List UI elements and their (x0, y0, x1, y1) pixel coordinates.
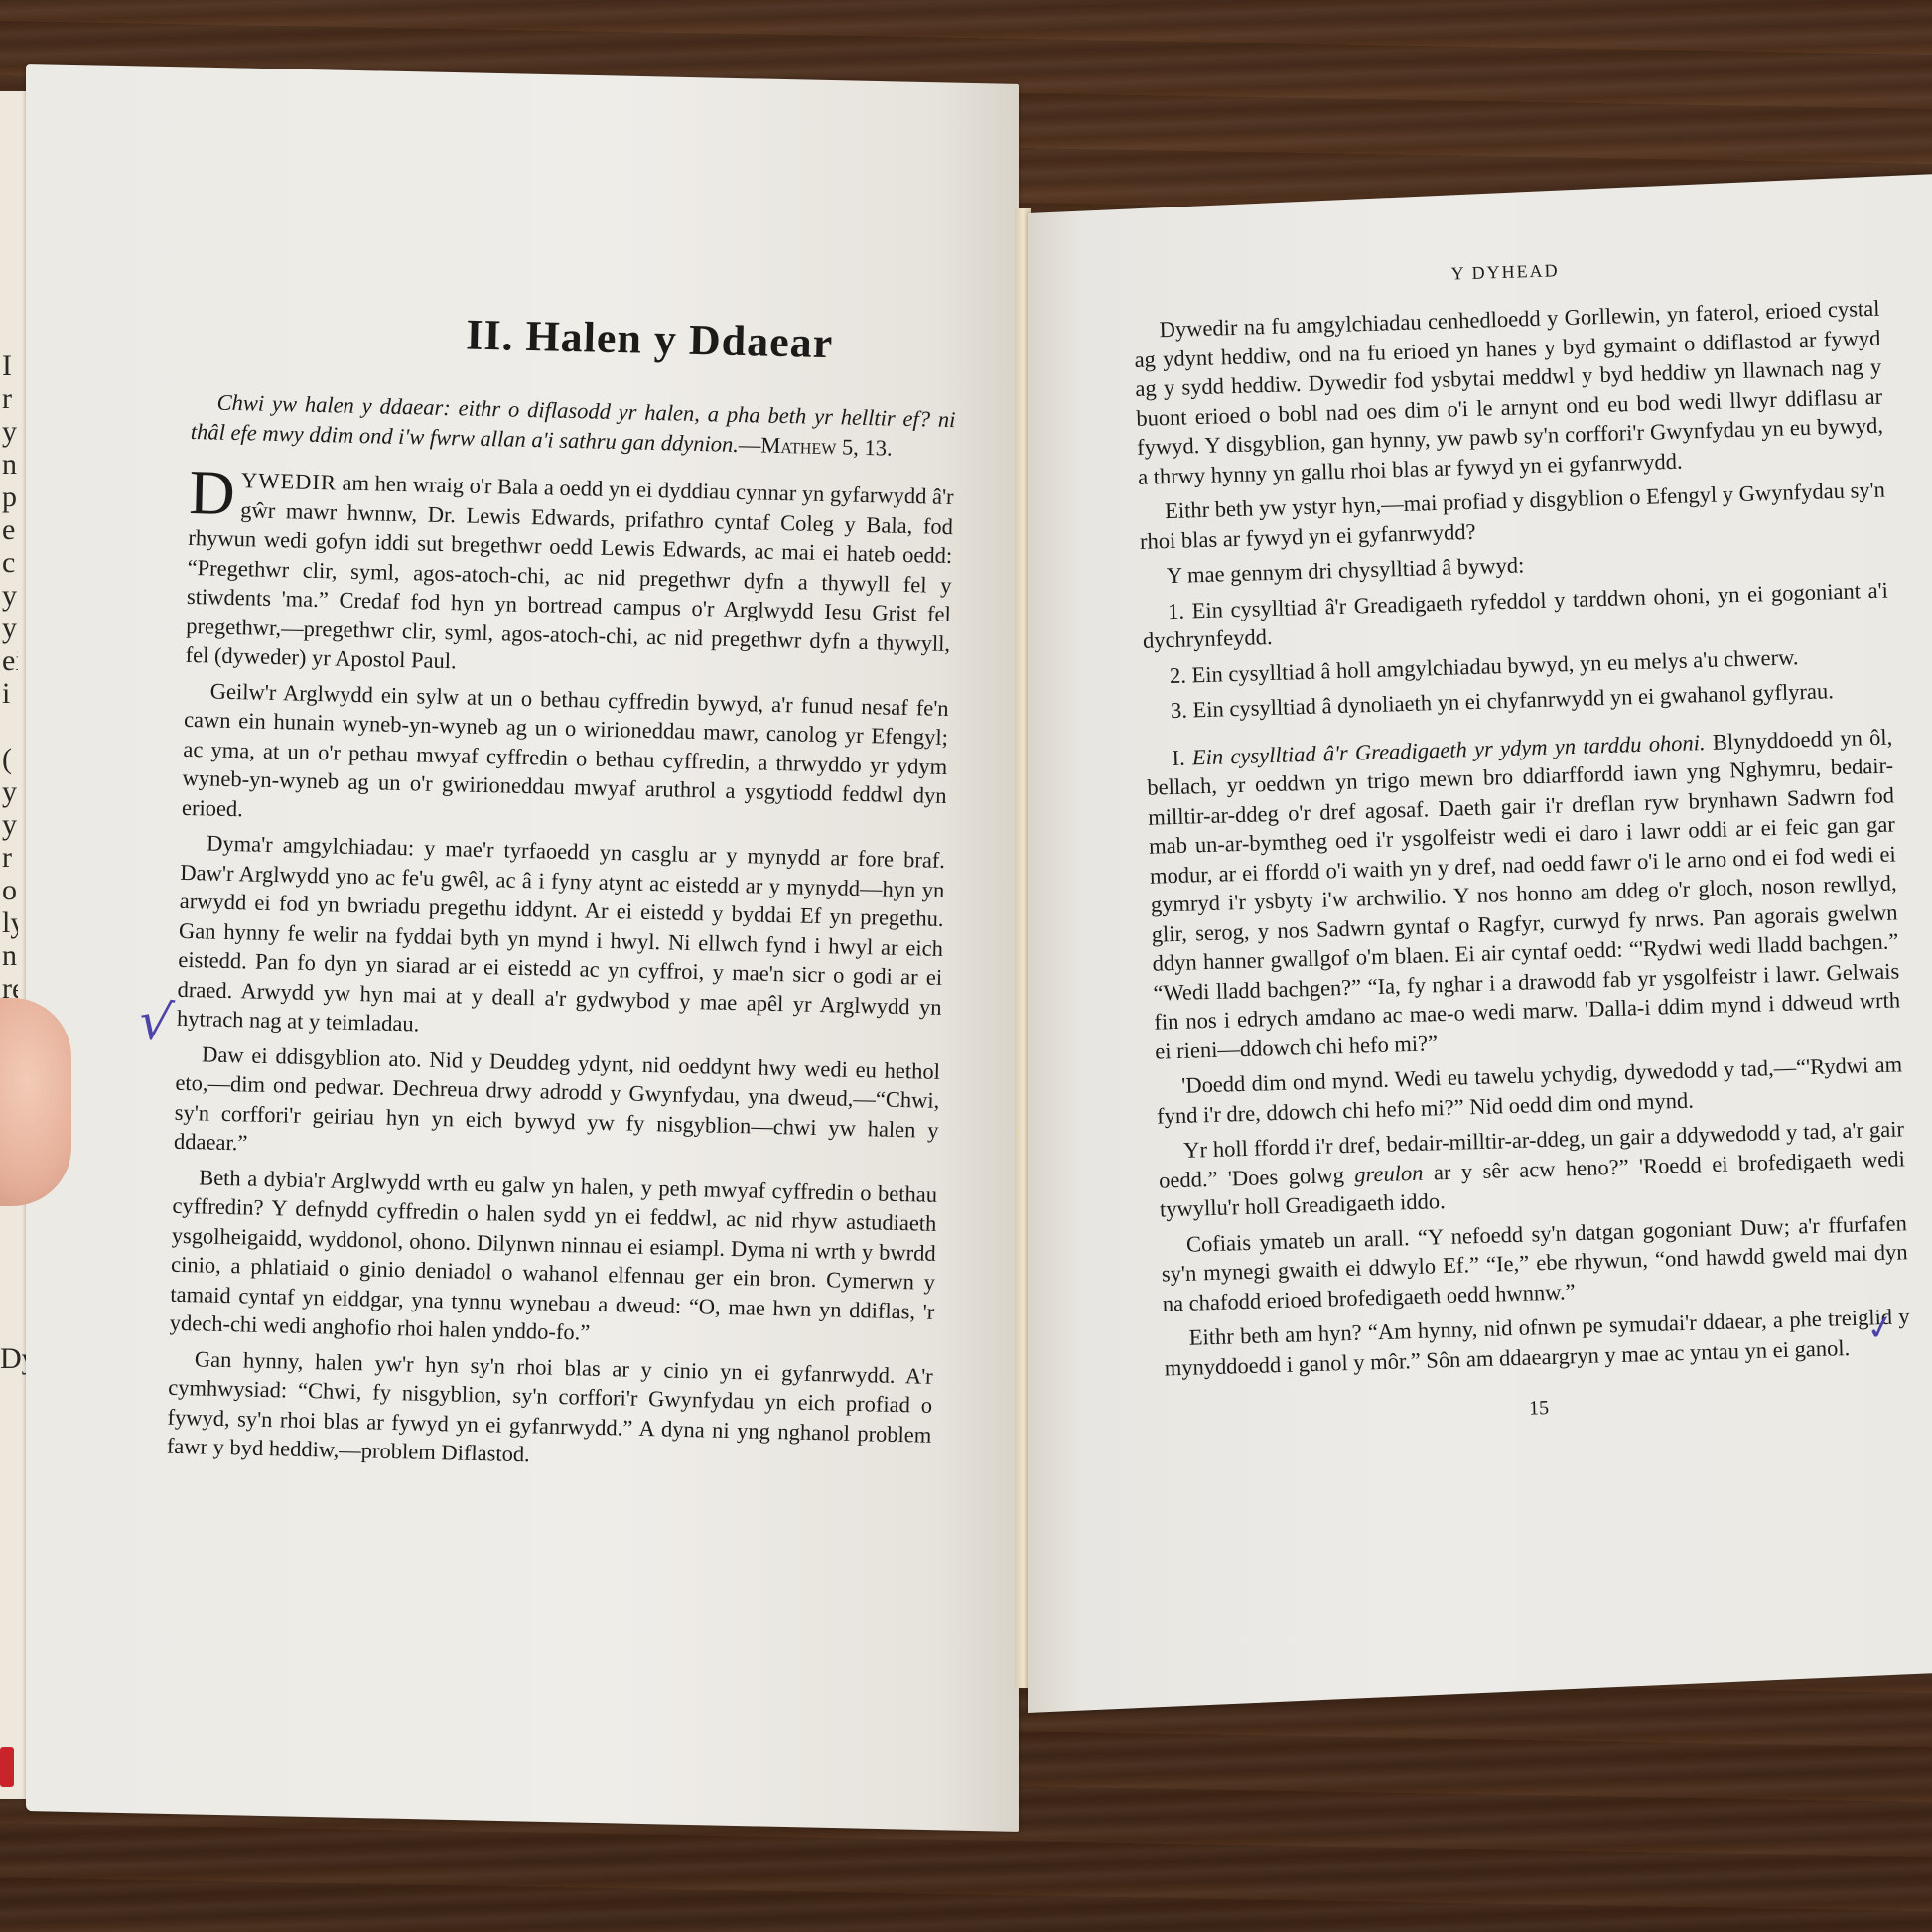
section-text: Blynyddoedd yn ôl, bellach, yr oeddwn yn… (1147, 724, 1900, 1063)
lead-smallcaps: YWEDIR (241, 468, 338, 494)
paragraph: Yr holl ffordd i'r dref, bedair-milltir-… (1158, 1114, 1906, 1224)
epigraph: Chwi yw halen y ddaear: eithr o diflasod… (191, 387, 956, 465)
paragraph: Geilw'r Arglwydd ein sylw at un o bethau… (182, 675, 949, 840)
drop-cap: D (189, 467, 235, 519)
red-bookmark (0, 1747, 14, 1787)
section-paragraph: I. Ein cysylltiad â'r Greadigaeth yr ydy… (1146, 722, 1901, 1066)
section-numeral: I. (1172, 745, 1185, 769)
paragraph: Dywedir na fu amgylchiadau cenhedloedd y… (1133, 294, 1884, 491)
epigraph-reference: —Mathew 5, 13. (739, 432, 893, 461)
edge-letters: I r y n p e c y y ei i ( y y r o ly n re… (2, 349, 18, 1070)
left-page-text: II. Halen y Ddaear Chwi yw halen y ddaea… (166, 303, 957, 1484)
paragraph: Beth a dybia'r Arglwydd wrth eu galw yn … (169, 1162, 937, 1355)
paragraph: DYWEDIR am hen wraig o'r Bala a oedd yn … (185, 465, 954, 688)
paragraph: Dyma'r amgylchiadau: y mae'r tyrfaoedd y… (177, 828, 946, 1051)
paragraph: Cofiais ymateb un arall. “Y nefoedd sy'n… (1161, 1208, 1909, 1318)
paragraph-text: am hen wraig o'r Bala a oedd yn ei dyddi… (185, 470, 954, 673)
holding-thumb (0, 998, 71, 1206)
right-page-text: Y DYHEAD Dywedir na fu amgylchiadau cenh… (1132, 251, 1912, 1432)
emphasis: greulon (1354, 1160, 1424, 1186)
paragraph: Daw ei ddisgyblion ato. Nid y Deuddeg yd… (174, 1038, 941, 1173)
paragraph: Gan hynny, halen yw'r hyn sy'n rhoi blas… (167, 1343, 934, 1478)
